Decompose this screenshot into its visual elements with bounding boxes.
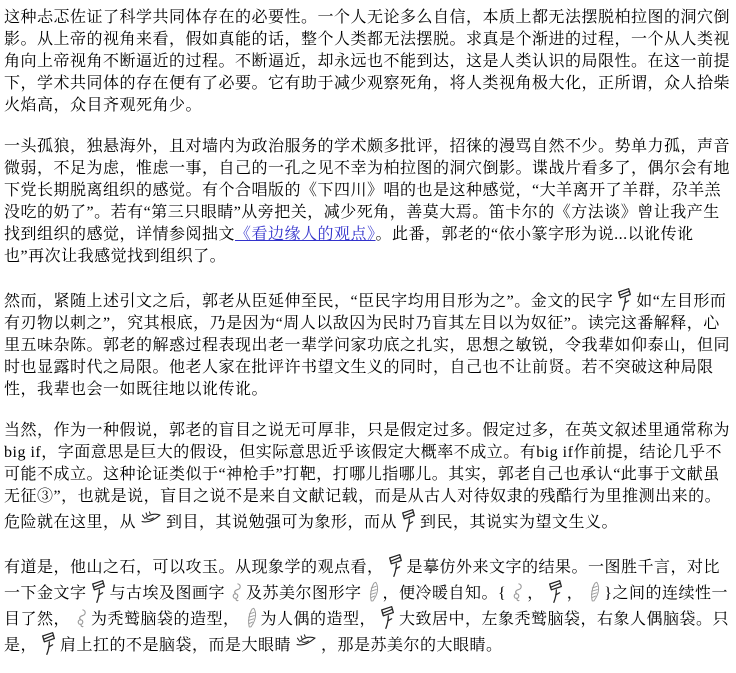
- text-run: 及苏美尔图形字: [246, 585, 362, 602]
- bronze-script-min-glyph: [617, 287, 632, 312]
- text-run: 然而，紧随上述引文之后，郭老从臣延伸至民，“臣民字均用目形为之”。金文的民字: [4, 293, 613, 310]
- bronze-script-min-glyph: [388, 553, 403, 578]
- text-run: ，: [527, 585, 544, 602]
- paragraph-4: 当然，作为一种假说，郭老的盲目之说无可厚非，只是假定过多。假定过多，在英文叙述里…: [4, 420, 732, 534]
- paragraph-1: 这种忐忑佐证了科学共同体存在的必要性。一个人无论多么自信，本质上都无法摆脱柏拉图…: [4, 7, 732, 117]
- egyptian-vulture-glyph: [229, 582, 242, 602]
- text-run: ，: [567, 585, 584, 602]
- text-run: 到民，其说实为望文生义。: [420, 514, 618, 531]
- sumerian-pictograph-glyph: [366, 581, 379, 603]
- bronze-script-min-glyph: [41, 631, 56, 656]
- text-run: 肩上扛的不是脑袋，而是大眼睛: [60, 637, 291, 654]
- bronze-script-min-glyph: [401, 508, 416, 533]
- paragraph-5: 有道是，他山之石，可以攻玉。从现象学的观点看， 是摹仿外来文字的结果。一图胜千言…: [4, 553, 732, 657]
- sumerian-eye-glyph: [295, 634, 317, 647]
- text-run: 这种忐忑佐证了科学共同体存在的必要性。一个人无论多么自信，本质上都无法摆脱柏拉图…: [4, 9, 730, 114]
- egyptian-vulture-glyph: [510, 582, 523, 602]
- egyptian-vulture-glyph: [74, 608, 87, 628]
- bronze-script-min-glyph: [380, 605, 395, 630]
- paragraph-2: 一头孤狼，独悬海外，且对墙内为政治服务的学术颇多批评，招徕的漫骂自然不少。势单力…: [4, 136, 732, 268]
- text-run: ，那是苏美尔的大眼睛。: [321, 637, 503, 654]
- bronze-script-min-glyph: [548, 579, 563, 604]
- sumerian-eye-glyph: [140, 511, 162, 524]
- article-link[interactable]: 《看边缘人的观点》: [235, 226, 376, 243]
- text-run: 到目，其说勉强可为象形，而从: [166, 514, 397, 531]
- text-run: 与古埃及图画字: [110, 585, 226, 602]
- paragraph-3: 然而，紧随上述引文之后，郭老从臣延伸至民，“臣民字均用目形为之”。金文的民字 如…: [4, 287, 732, 401]
- text-run: 有道是，他山之石，可以攻玉。从现象学的观点看，: [4, 559, 384, 576]
- article-body: 这种忐忑佐证了科学共同体存在的必要性。一个人无论多么自信，本质上都无法摆脱柏拉图…: [0, 0, 736, 663]
- sumerian-pictograph-glyph: [587, 581, 600, 603]
- bronze-script-min-glyph: [91, 579, 106, 604]
- text-run: 为人偶的造型，: [261, 611, 377, 628]
- text-run: 为秃鹫脑袋的造型，: [91, 611, 240, 628]
- text-run: ，便冷暖自知。{: [383, 585, 507, 602]
- sumerian-pictograph-glyph: [244, 607, 257, 629]
